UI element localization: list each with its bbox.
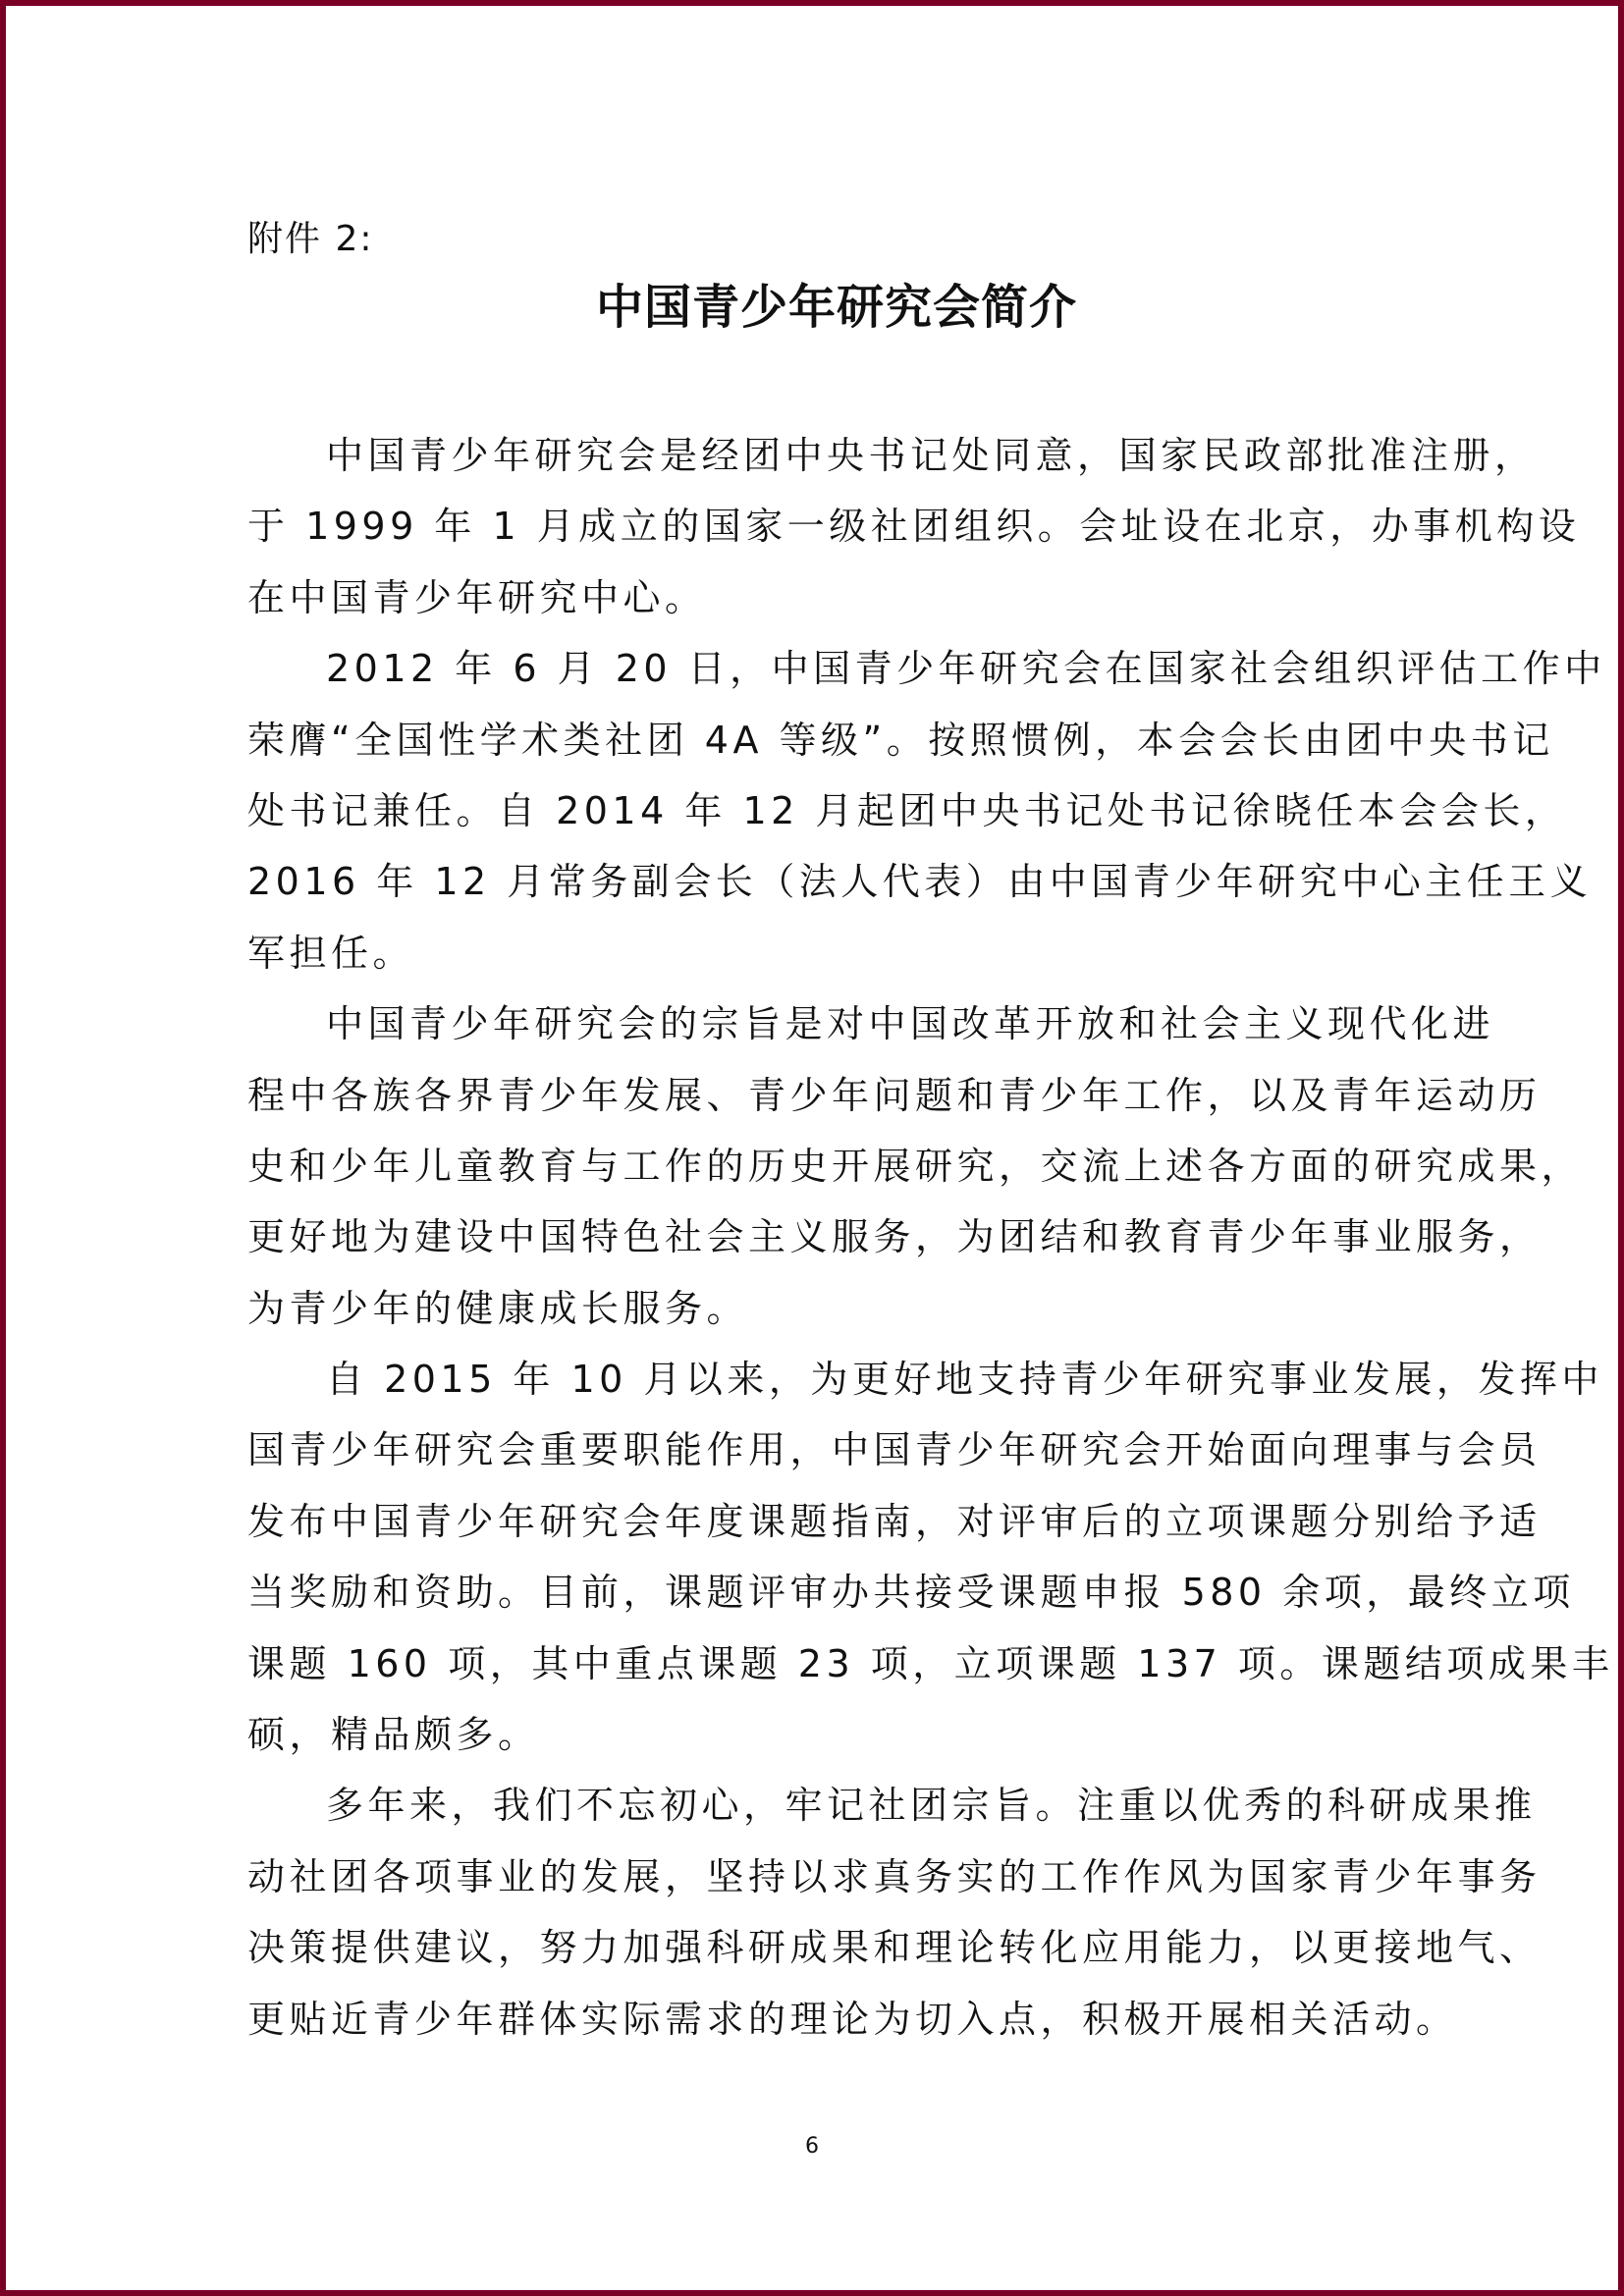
text-line: 程中各族各界青少年发展、青少年问题和青少年工作，以及青年运动历 bbox=[247, 1060, 1426, 1131]
page-number: 6 bbox=[0, 2132, 1624, 2162]
text-line: 史和少年儿童教育与工作的历史开展研究，交流上述各方面的研究成果， bbox=[247, 1131, 1426, 1201]
text-line: 自 2015 年 10 月以来，为更好地支持青少年研究事业发展，发挥中 bbox=[247, 1344, 1426, 1415]
text-line: 当奖励和资助。目前，课题评审办共接受课题申报 580 余项，最终立项 bbox=[247, 1557, 1426, 1628]
paragraph-founding: 中国青少年研究会是经团中央书记处同意，国家民政部批准注册， 于 1999 年 1… bbox=[247, 420, 1426, 633]
paragraph-mission: 中国青少年研究会的宗旨是对中国改革开放和社会主义现代化进 程中各族各界青少年发展… bbox=[247, 988, 1426, 1344]
text-line: 为青少年的健康成长服务。 bbox=[247, 1273, 1426, 1344]
text-line: 更好地为建设中国特色社会主义服务，为团结和教育青少年事业服务， bbox=[247, 1201, 1426, 1272]
text-line: 决策提供建议，努力加强科研成果和理论转化应用能力，以更接地气、 bbox=[247, 1912, 1426, 1983]
text-line: 动社团各项事业的发展，坚持以求真务实的工作作风为国家青少年事务 bbox=[247, 1842, 1426, 1912]
text-line: 荣膺“全国性学术类社团 4A 等级”。按照惯例，本会会长由团中央书记 bbox=[247, 705, 1426, 775]
text-line: 中国青少年研究会是经团中央书记处同意，国家民政部批准注册， bbox=[247, 420, 1426, 491]
text-line: 更贴近青少年群体实际需求的理论为切入点，积极开展相关活动。 bbox=[247, 1984, 1426, 2055]
text-line: 中国青少年研究会的宗旨是对中国改革开放和社会主义现代化进 bbox=[247, 988, 1426, 1059]
text-line: 处书记兼任。自 2014 年 12 月起团中央书记处书记徐晓任本会会长， bbox=[247, 775, 1426, 846]
text-line: 硕，精品颇多。 bbox=[247, 1699, 1426, 1770]
paragraph-rating-leadership: 2012 年 6 月 20 日，中国青少年研究会在国家社会组织评估工作中 荣膺“… bbox=[247, 633, 1426, 988]
text-line: 发布中国青少年研究会年度课题指南，对评审后的立项课题分别给予适 bbox=[247, 1486, 1426, 1557]
text-line: 军担任。 bbox=[247, 918, 1426, 988]
text-line: 国青少年研究会重要职能作用，中国青少年研究会开始面向理事与会员 bbox=[247, 1415, 1426, 1485]
document-title: 中国青少年研究会简介 bbox=[247, 275, 1426, 340]
document-body: 中国青少年研究会是经团中央书记处同意，国家民政部批准注册， 于 1999 年 1… bbox=[247, 420, 1426, 2055]
attachment-label: 附件 2: bbox=[247, 214, 373, 265]
text-line: 在中国青少年研究中心。 bbox=[247, 562, 1426, 633]
text-line: 多年来，我们不忘初心，牢记社团宗旨。注重以优秀的科研成果推 bbox=[247, 1770, 1426, 1841]
text-line: 于 1999 年 1 月成立的国家一级社团组织。会址设在北京，办事机构设 bbox=[247, 491, 1426, 561]
text-line: 课题 160 项，其中重点课题 23 项，立项课题 137 项。课题结项成果丰 bbox=[247, 1629, 1426, 1699]
text-line: 2016 年 12 月常务副会长（法人代表）由中国青少年研究中心主任王义 bbox=[247, 846, 1426, 917]
paragraph-commitment: 多年来，我们不忘初心，牢记社团宗旨。注重以优秀的科研成果推 动社团各项事业的发展… bbox=[247, 1770, 1426, 2055]
text-line: 2012 年 6 月 20 日，中国青少年研究会在国家社会组织评估工作中 bbox=[247, 633, 1426, 704]
paragraph-research-projects: 自 2015 年 10 月以来，为更好地支持青少年研究事业发展，发挥中 国青少年… bbox=[247, 1344, 1426, 1770]
